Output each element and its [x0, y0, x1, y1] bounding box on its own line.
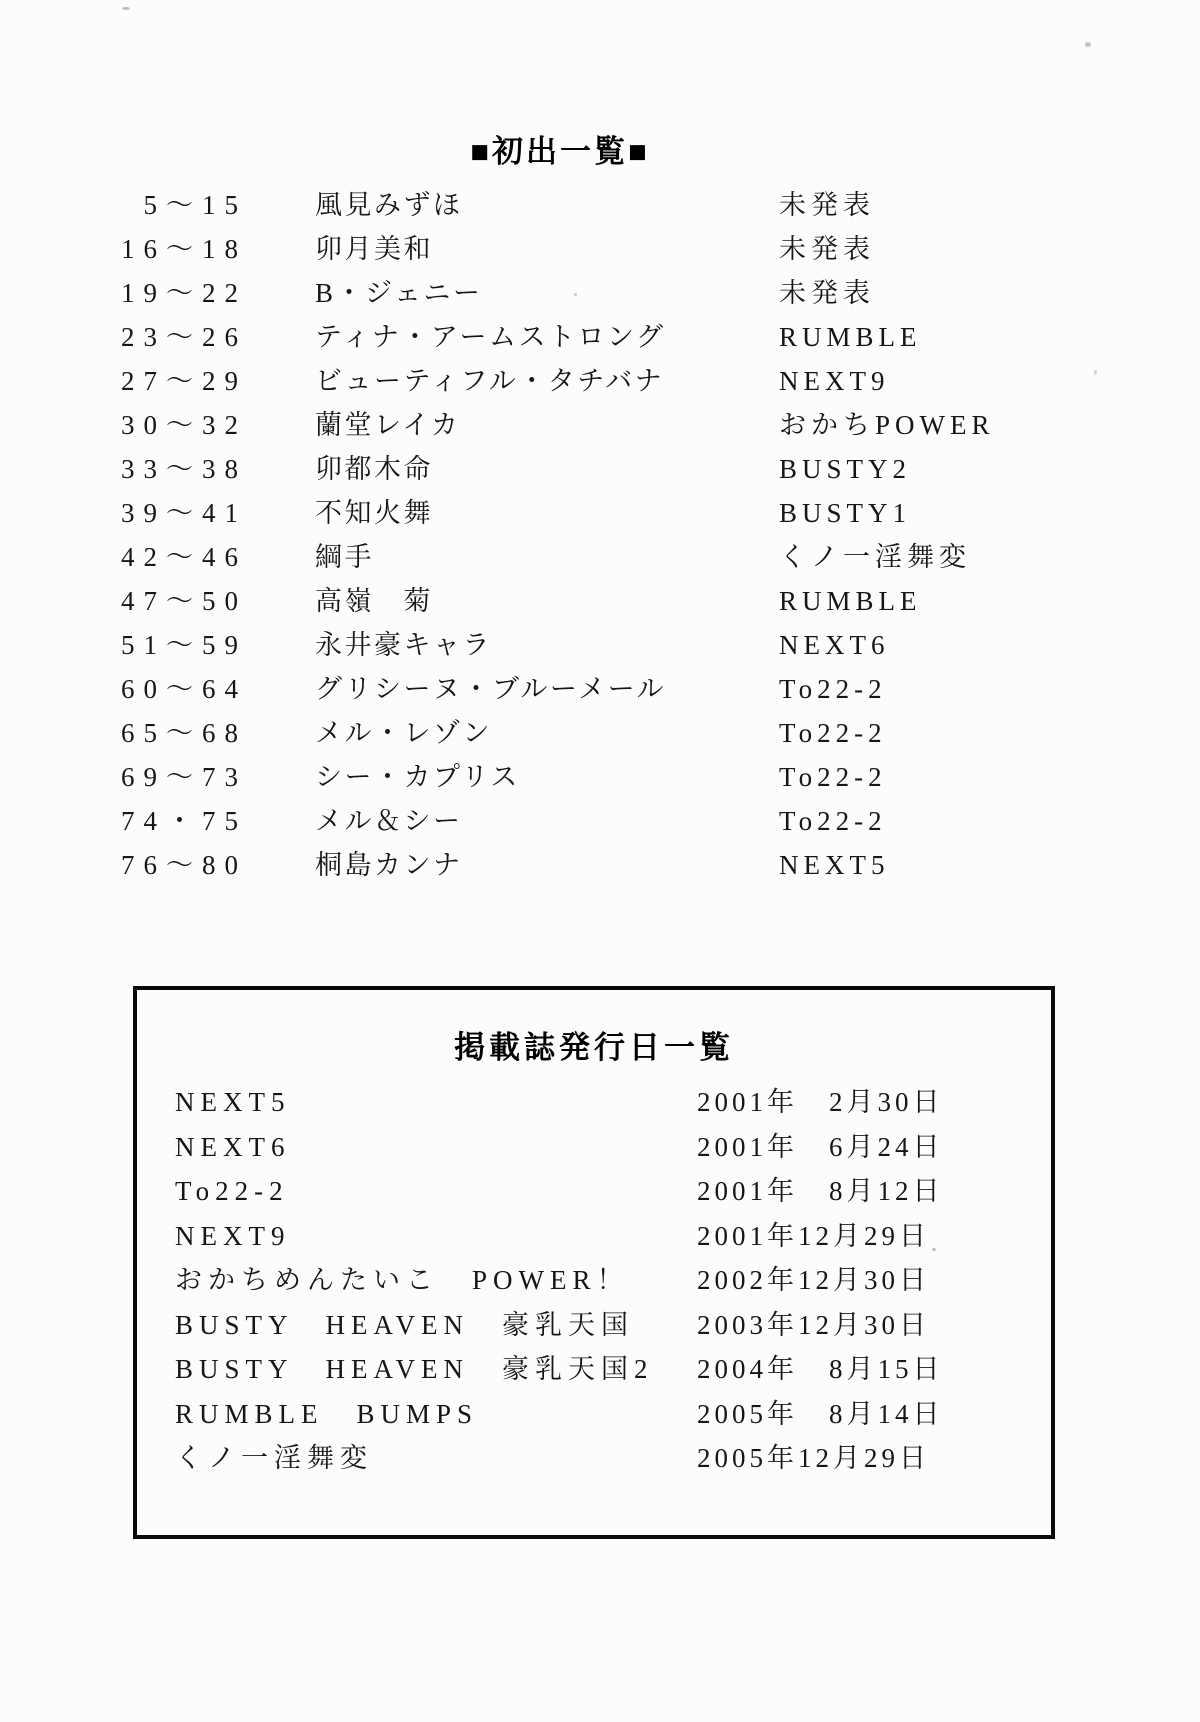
page-range: 42～46	[0, 535, 247, 579]
first-appearance-row: 19～22 B・ジェニー 未発表	[0, 271, 1200, 315]
character-name: 永井豪キャラ	[315, 623, 492, 667]
character-name: 卯月美和	[315, 227, 433, 271]
source-label: おかちPOWER	[779, 403, 995, 447]
first-appearance-row: 33～38 卯都木命 BUSTY2	[0, 447, 1200, 491]
source-label: To22-2	[779, 711, 887, 755]
publication-date-row: BUSTY HEAVEN 豪乳天国2 2004年 8月15日	[137, 1347, 1051, 1392]
magazine-name: NEXT5	[175, 1080, 290, 1125]
page-range: 27～29	[0, 359, 247, 403]
source-label: NEXT9	[779, 359, 889, 403]
publication-date-row: BUSTY HEAVEN 豪乳天国 2003年12月30日	[137, 1303, 1051, 1348]
scan-speck	[1085, 42, 1091, 47]
publication-date: 2001年 2月30日	[697, 1080, 944, 1125]
publication-date: 2005年12月29日	[697, 1436, 930, 1481]
publication-date: 2004年 8月15日	[697, 1347, 944, 1392]
first-appearance-row: 69～73 シー・カプリス To22-2	[0, 755, 1200, 799]
first-appearance-row: 16～18 卯月美和 未発表	[0, 227, 1200, 271]
source-label: 未発表	[779, 271, 875, 315]
character-name: 卯都木命	[315, 447, 433, 491]
page-range: 23～26	[0, 315, 247, 359]
source-label: RUMBLE	[779, 315, 922, 359]
character-name: メル＆シー	[315, 799, 463, 843]
first-appearance-row: 5～15 風見みずほ 未発表	[0, 183, 1200, 227]
source-label: To22-2	[779, 799, 887, 843]
first-appearance-row: 47～50 高嶺 菊 RUMBLE	[0, 579, 1200, 623]
first-appearance-row: 51～59 永井豪キャラ NEXT6	[0, 623, 1200, 667]
first-appearance-row: 65～68 メル・レゾン To22-2	[0, 711, 1200, 755]
source-label: NEXT6	[779, 623, 889, 667]
scan-speck	[1094, 370, 1097, 375]
publication-date: 2005年 8月14日	[697, 1392, 944, 1437]
page-range: 51～59	[0, 623, 247, 667]
page-range: 5～15	[0, 183, 247, 227]
character-name: メル・レゾン	[315, 711, 492, 755]
source-label: 未発表	[779, 183, 875, 227]
publication-date-row: RUMBLE BUMPS 2005年 8月14日	[137, 1392, 1051, 1437]
publication-date: 2001年 6月24日	[697, 1125, 944, 1170]
character-name: 不知火舞	[315, 491, 433, 535]
magazine-name: おかちめんたいこ POWER！	[175, 1258, 630, 1303]
magazine-name: BUSTY HEAVEN 豪乳天国2	[175, 1347, 654, 1392]
character-name: ティナ・アームストロング	[315, 315, 666, 359]
character-name: グリシーヌ・ブルーメール	[315, 667, 666, 711]
source-label: To22-2	[779, 667, 887, 711]
character-name: シー・カプリス	[315, 755, 520, 799]
page-range: 65～68	[0, 711, 247, 755]
scan-speck	[574, 293, 577, 296]
page-range: 60～64	[0, 667, 247, 711]
publication-date-list: NEXT5 2001年 2月30日 NEXT6 2001年 6月24日 To22…	[137, 1080, 1051, 1481]
magazine-name: くノ一淫舞変	[175, 1436, 373, 1481]
publication-date-row: くノ一淫舞変 2005年12月29日	[137, 1436, 1051, 1481]
source-label: NEXT5	[779, 843, 889, 887]
first-appearance-list: 5～15 風見みずほ 未発表 16～18 卯月美和 未発表 19～22 B・ジェ…	[0, 183, 1200, 887]
character-name: 高嶺 菊	[315, 579, 433, 623]
scan-speck	[122, 7, 130, 10]
publication-date-row: NEXT9 2001年12月29日	[137, 1214, 1051, 1259]
source-label: BUSTY1	[779, 491, 911, 535]
publication-box-title: 掲載誌発行日一覧	[137, 1022, 1051, 1067]
first-appearance-row: 30～32 蘭堂レイカ おかちPOWER	[0, 403, 1200, 447]
magazine-name: To22-2	[175, 1169, 289, 1214]
publication-date: 2003年12月30日	[697, 1303, 930, 1348]
first-appearance-row: 76～80 桐島カンナ NEXT5	[0, 843, 1200, 887]
magazine-name: NEXT6	[175, 1125, 290, 1170]
first-appearance-row: 23～26 ティナ・アームストロング RUMBLE	[0, 315, 1200, 359]
first-appearance-row: 39～41 不知火舞 BUSTY1	[0, 491, 1200, 535]
scanned-document-page: ■初出一覧■ 5～15 風見みずほ 未発表 16～18 卯月美和 未発表 19～…	[0, 0, 1200, 1722]
page-range: 76～80	[0, 843, 247, 887]
publication-date-box: 掲載誌発行日一覧 NEXT5 2001年 2月30日 NEXT6 2001年 6…	[133, 986, 1055, 1539]
source-label: RUMBLE	[779, 579, 922, 623]
first-appearance-row: 27～29 ビューティフル・タチバナ NEXT9	[0, 359, 1200, 403]
publication-date-row: おかちめんたいこ POWER！ 2002年12月30日	[137, 1258, 1051, 1303]
page-range: 30～32	[0, 403, 247, 447]
character-name: B・ジェニー	[315, 271, 482, 315]
character-name: 綱手	[315, 535, 374, 579]
page-range: 16～18	[0, 227, 247, 271]
page-range: 69～73	[0, 755, 247, 799]
scan-speck	[932, 1248, 936, 1251]
character-name: 蘭堂レイカ	[315, 403, 460, 447]
page-range: 39～41	[0, 491, 247, 535]
page-title: ■初出一覧■	[0, 126, 1120, 171]
page-range: 47～50	[0, 579, 247, 623]
character-name: 風見みずほ	[315, 183, 463, 227]
magazine-name: BUSTY HEAVEN 豪乳天国	[175, 1303, 634, 1348]
first-appearance-row: 42～46 綱手 くノ一淫舞変	[0, 535, 1200, 579]
first-appearance-row: 74・75 メル＆シー To22-2	[0, 799, 1200, 843]
source-label: BUSTY2	[779, 447, 911, 491]
publication-date-row: NEXT5 2001年 2月30日	[137, 1080, 1051, 1125]
magazine-name: RUMBLE BUMPS	[175, 1392, 478, 1437]
source-label: To22-2	[779, 755, 887, 799]
page-range: 19～22	[0, 271, 247, 315]
source-label: くノ一淫舞変	[779, 535, 971, 579]
character-name: 桐島カンナ	[315, 843, 463, 887]
publication-date: 2001年 8月12日	[697, 1169, 944, 1214]
publication-date: 2002年12月30日	[697, 1258, 930, 1303]
publication-date-row: To22-2 2001年 8月12日	[137, 1169, 1051, 1214]
publication-date: 2001年12月29日	[697, 1214, 930, 1259]
page-range: 33～38	[0, 447, 247, 491]
publication-date-row: NEXT6 2001年 6月24日	[137, 1125, 1051, 1170]
character-name: ビューティフル・タチバナ	[315, 359, 664, 403]
source-label: 未発表	[779, 227, 875, 271]
first-appearance-row: 60～64 グリシーヌ・ブルーメール To22-2	[0, 667, 1200, 711]
page-range: 74・75	[0, 799, 247, 843]
magazine-name: NEXT9	[175, 1214, 290, 1259]
